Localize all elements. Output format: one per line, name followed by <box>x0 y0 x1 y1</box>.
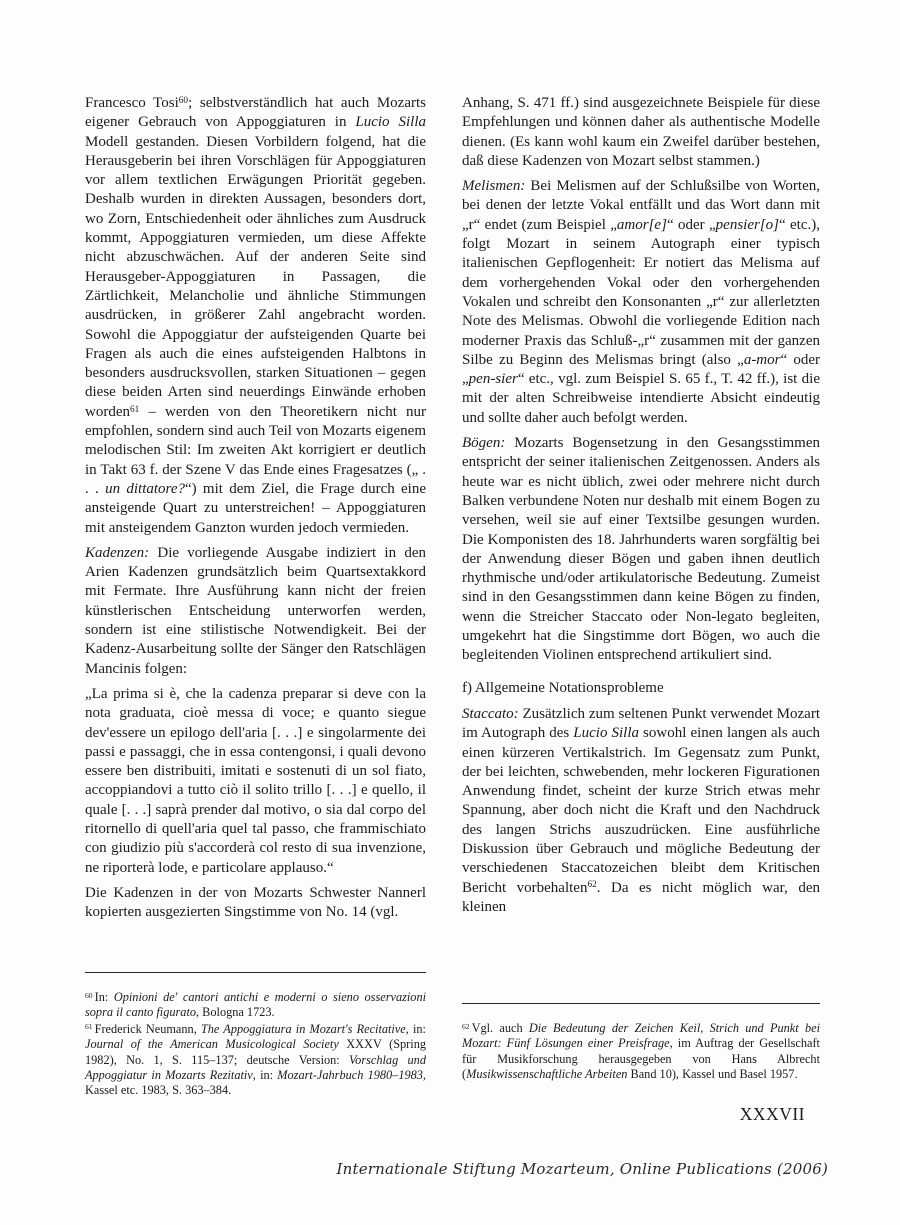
footnote-60: 60In: Opinioni de' cantori antichi e mod… <box>85 990 426 1021</box>
footnotes-left: 60In: Opinioni de' cantori antichi e mod… <box>85 972 426 1099</box>
paragraph-mancini-zitat: „La prima si è, che la cadenza preparar … <box>85 685 426 878</box>
footnotes-right: 62Vgl. auch Die Bedeutung der Zeichen Ke… <box>462 1003 820 1083</box>
paragraph-staccato: Staccato: Zusätzlich zum seltenen Punkt … <box>462 705 820 917</box>
footnote-61: 61Frederick Neumann, The Appoggiatura in… <box>85 1022 426 1099</box>
footnote-marker: 60 <box>85 991 93 1000</box>
section-heading-notationsprobleme: f) Allgemeine Notationsprobleme <box>462 679 820 698</box>
text-column-right: Anhang, S. 471 ff.) sind ausgezeichnete … <box>462 94 820 917</box>
paragraph-kadenzen: Kadenzen: Die vorliegende Ausgabe indizi… <box>85 544 426 679</box>
paragraph-appoggiaturen: Francesco Tosi60; selbstverständlich hat… <box>85 94 426 538</box>
footnote-marker: 62 <box>462 1022 470 1031</box>
paragraph-boegen: Bögen: Mozarts Bogensetzung in den Gesan… <box>462 434 820 666</box>
footer-credit: Internationale Stiftung Mozarteum, Onlin… <box>337 1160 828 1178</box>
page-number: XXXVII <box>740 1104 805 1125</box>
text-column-left: Francesco Tosi60; selbstverständlich hat… <box>85 94 426 922</box>
paragraph-melismen: Melismen: Bei Melismen auf der Schlußsil… <box>462 177 820 428</box>
document-page: Francesco Tosi60; selbstverständlich hat… <box>0 0 900 1225</box>
paragraph-anhang: Anhang, S. 471 ff.) sind ausgezeichnete … <box>462 94 820 171</box>
paragraph-nannerl: Die Kadenzen in der von Mozarts Schweste… <box>85 884 426 923</box>
footnote-62: 62Vgl. auch Die Bedeutung der Zeichen Ke… <box>462 1021 820 1083</box>
footnote-marker: 61 <box>85 1022 93 1031</box>
